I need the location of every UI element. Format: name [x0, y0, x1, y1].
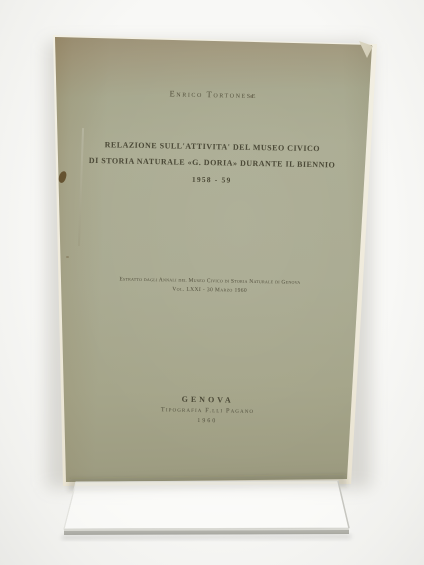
acrylic-stand	[0, 0, 424, 565]
photo-stage: Enrico Tortonese RELAZIONE SULL'ATTIVITA…	[0, 0, 424, 565]
stand-plate	[64, 481, 349, 529]
stand-floor-shadow	[62, 534, 351, 540]
